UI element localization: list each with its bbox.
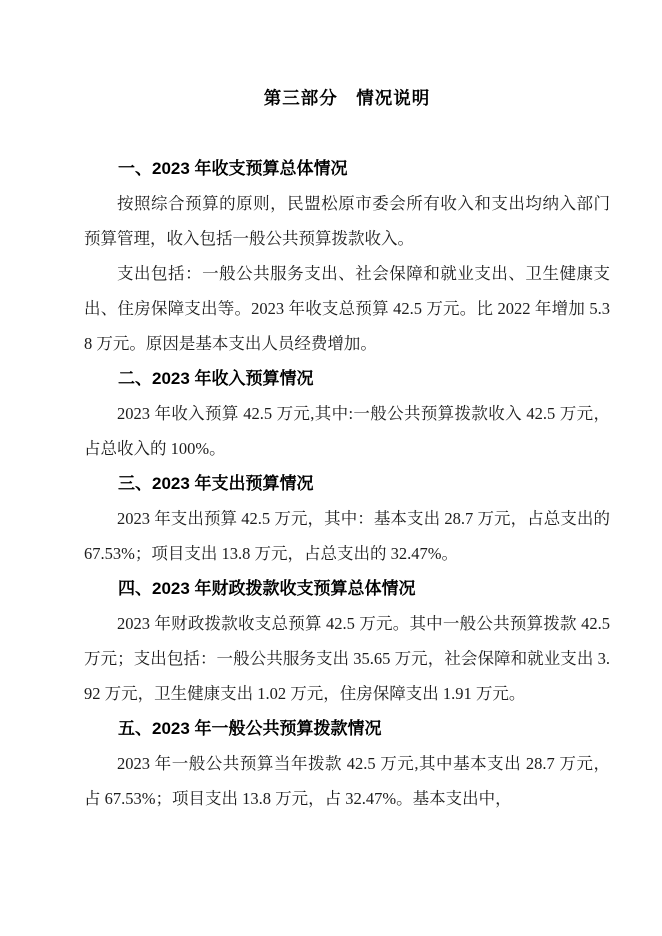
paragraph: 2023 年收入预算 42.5 万元,其中:一般公共预算拨款收入 42.5 万元… [84, 396, 610, 466]
section-income-budget: 二、2023 年收入预算情况 2023 年收入预算 42.5 万元,其中:一般公… [84, 361, 610, 466]
paragraph: 支出包括：一般公共服务支出、社会保障和就业支出、卫生健康支出、住房保障支出等。2… [84, 256, 610, 361]
paragraph: 2023 年一般公共预算当年拨款 42.5 万元,其中基本支出 28.7 万元，… [84, 746, 610, 816]
section-heading-3: 三、2023 年支出预算情况 [84, 466, 610, 501]
section-fiscal-appropriation-overall: 四、2023 年财政拨款收支预算总体情况 2023 年财政拨款收支总预算 42.… [84, 571, 610, 711]
document-title: 第三部分 情况说明 [84, 81, 610, 116]
section-overall-budget: 一、2023 年收支预算总体情况 按照综合预算的原则，民盟松原市委会所有收入和支… [84, 151, 610, 361]
section-heading-4: 四、2023 年财政拨款收支预算总体情况 [84, 571, 610, 606]
paragraph: 2023 年支出预算 42.5 万元，其中：基本支出 28.7 万元，占总支出的… [84, 501, 610, 571]
section-heading-1: 一、2023 年收支预算总体情况 [84, 151, 610, 186]
section-expenditure-budget: 三、2023 年支出预算情况 2023 年支出预算 42.5 万元，其中：基本支… [84, 466, 610, 571]
document-page: 第三部分 情况说明 一、2023 年收支预算总体情况 按照综合预算的原则，民盟松… [0, 0, 662, 936]
paragraph: 按照综合预算的原则，民盟松原市委会所有收入和支出均纳入部门预算管理，收入包括一般… [84, 186, 610, 256]
paragraph: 2023 年财政拨款收支总预算 42.5 万元。其中一般公共预算拨款 42.5 … [84, 606, 610, 711]
section-heading-2: 二、2023 年收入预算情况 [84, 361, 610, 396]
section-general-public-budget-appropriation: 五、2023 年一般公共预算拨款情况 2023 年一般公共预算当年拨款 42.5… [84, 711, 610, 816]
section-heading-5: 五、2023 年一般公共预算拨款情况 [84, 711, 610, 746]
